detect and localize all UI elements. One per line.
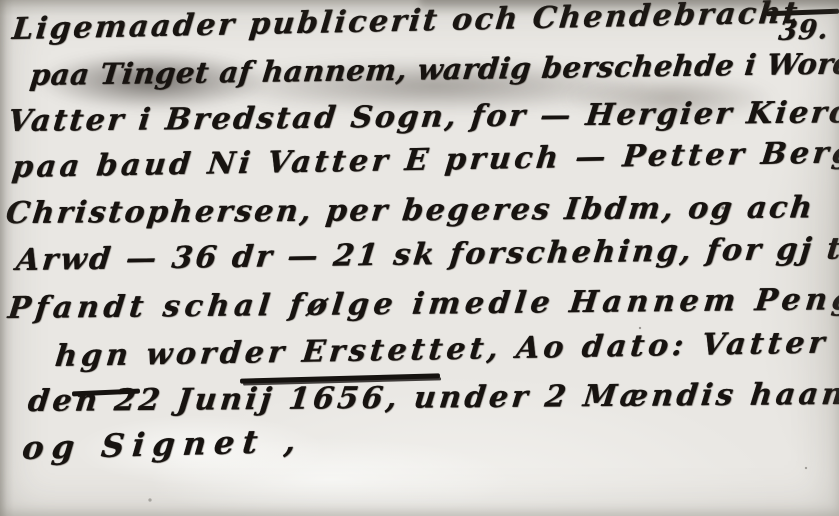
manuscript-line: paa baud Ni Vatter E pruch — Petter Berg… <box>12 135 839 185</box>
manuscript-line: Vatter i Bredstad Sogn, for — Hergier Ki… <box>8 95 839 139</box>
manuscript-line: og Signet , <box>22 422 304 467</box>
manuscript-line: paa Tinget af hannem, wardig berschehde … <box>30 46 839 92</box>
manuscript-line: Ligemaader publicerit och Chendebracht <box>12 0 800 47</box>
manuscript-line: hgn worder Erstettet, Ao dato: Vatter <box>55 326 829 374</box>
manuscript-line: Pfandt schal følge imedle Hannem Penge <box>8 282 839 326</box>
manuscript-page: 39. Ligemaader publicerit och Chendebrac… <box>0 0 839 516</box>
manuscript-line: Christophersen, per begeres Ibdm, og ach <box>6 190 814 231</box>
manuscript-line: Arwd — 36 dr — 21 sk forschehing, for gj… <box>16 231 839 278</box>
manuscript-line: den 22 Junij 1656, under 2 Mændis haand, <box>28 377 839 419</box>
